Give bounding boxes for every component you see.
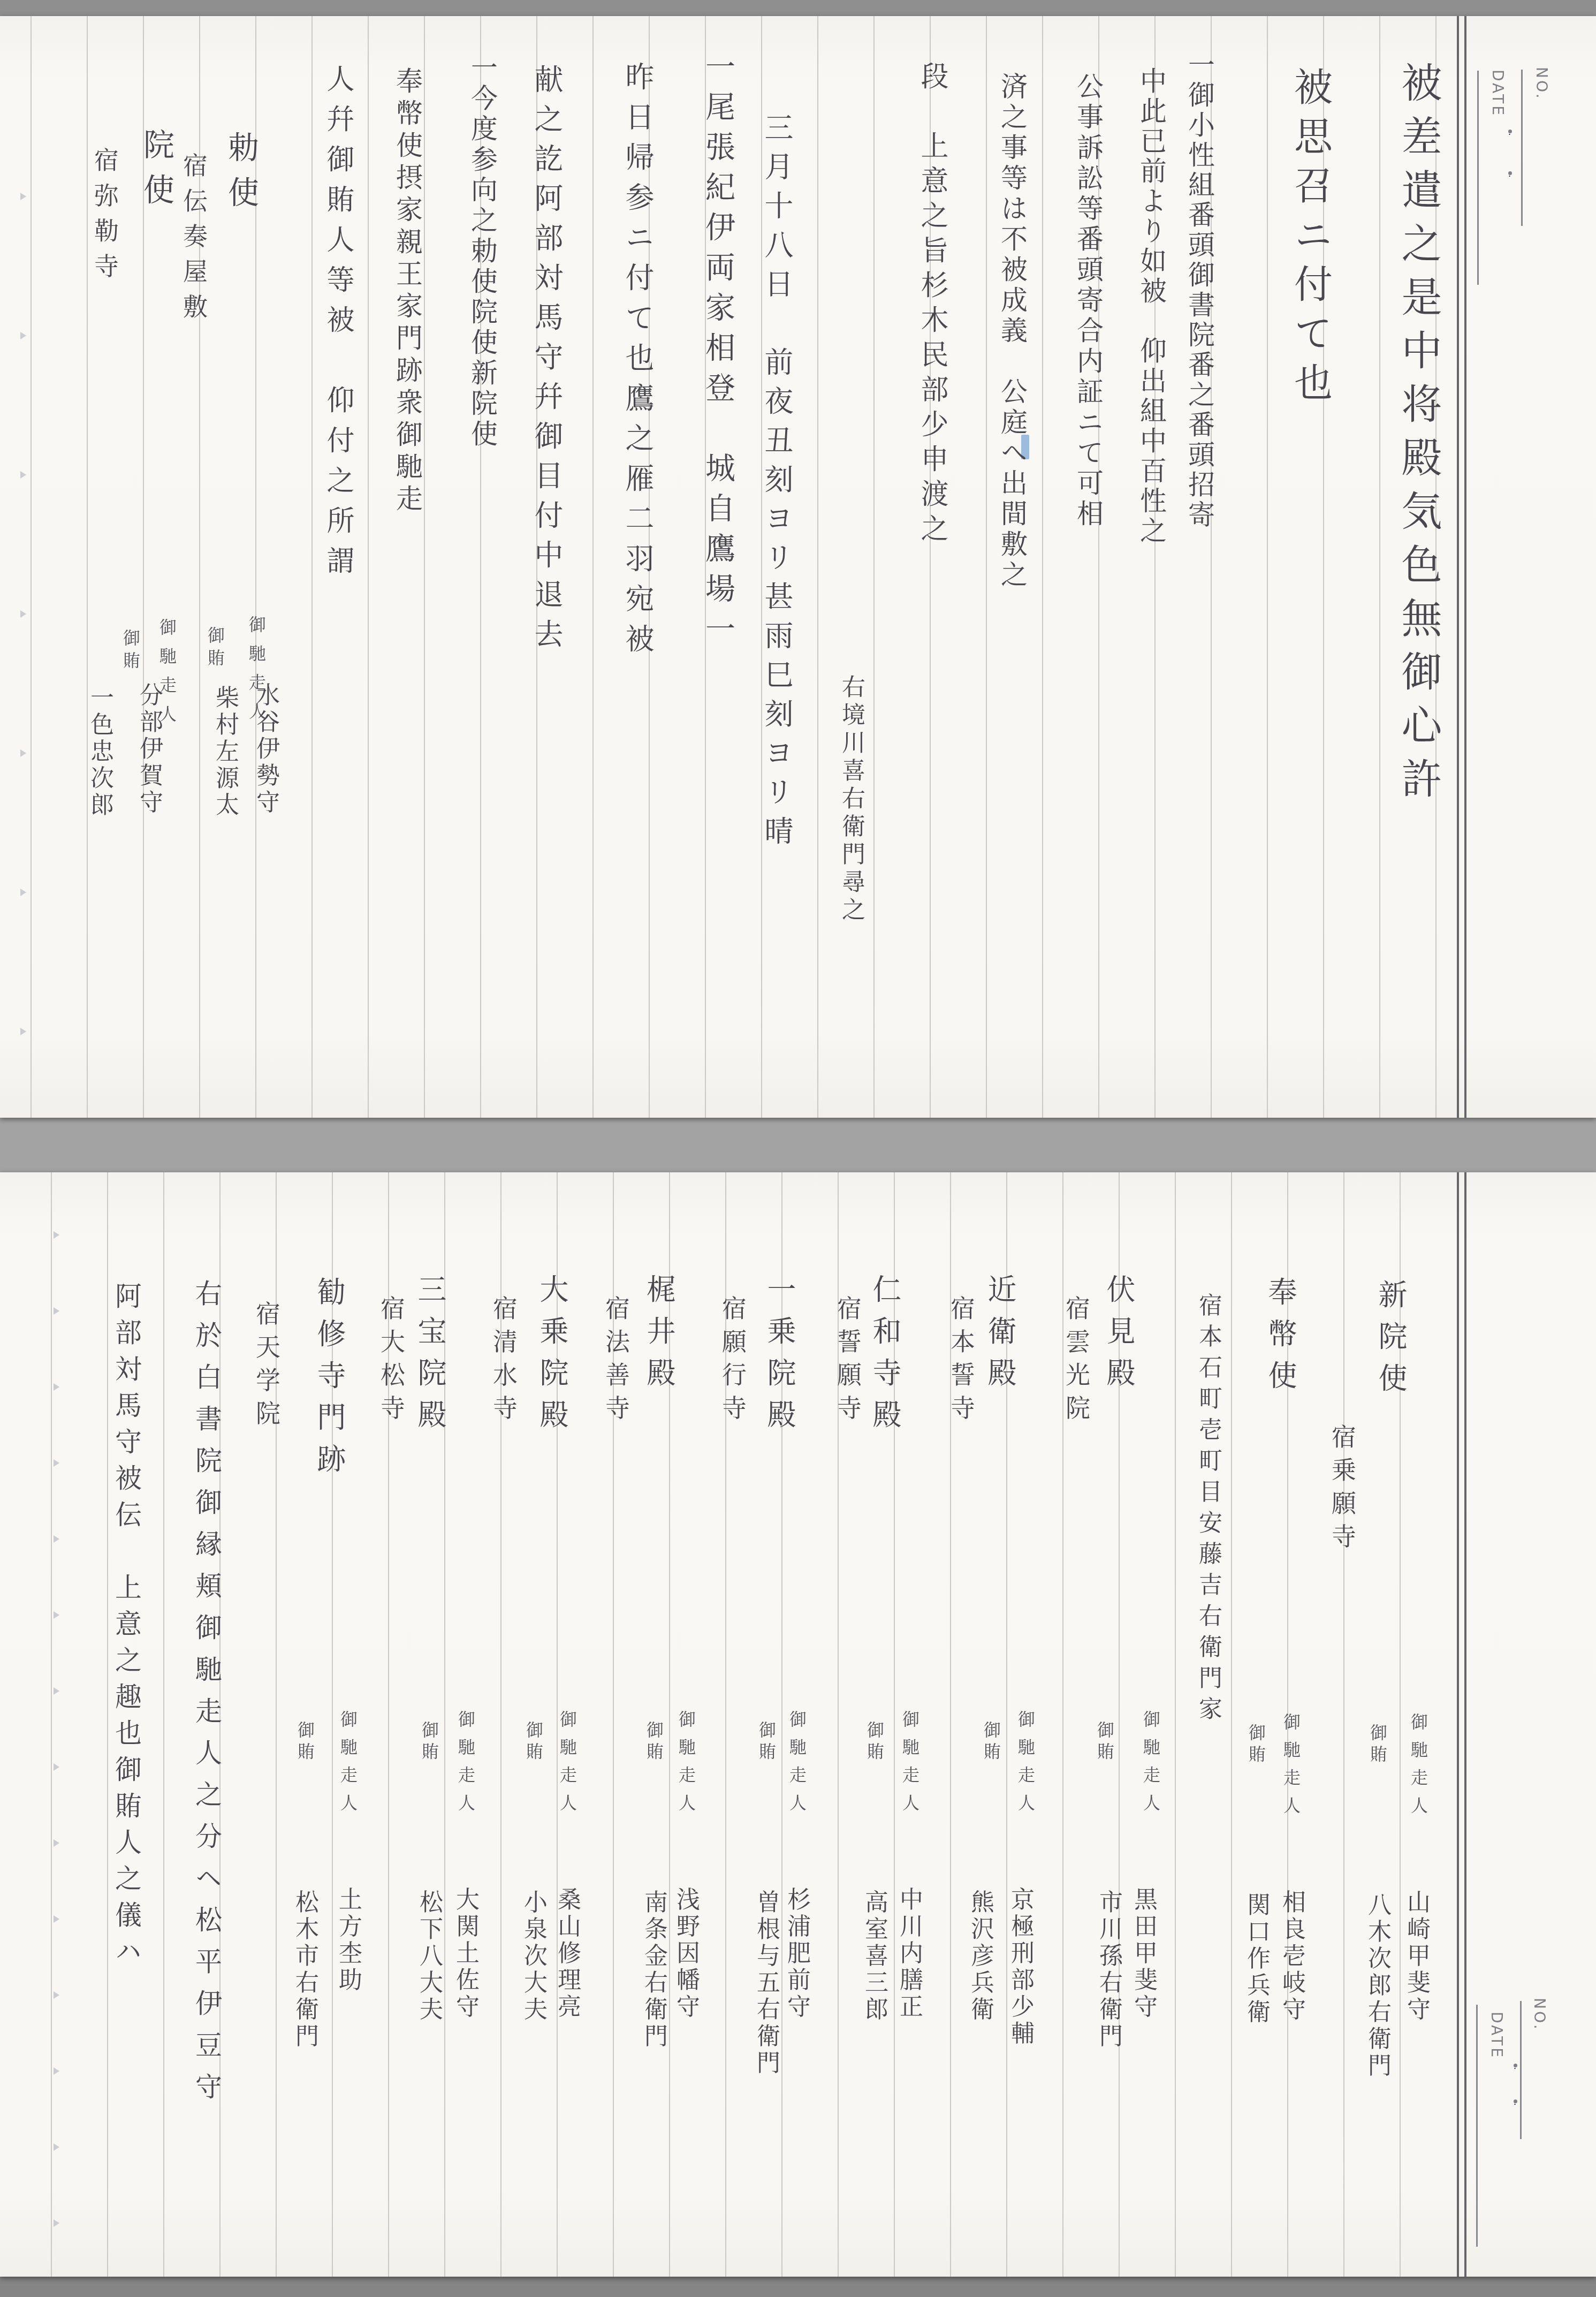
provision-name: 八木次郎右衛門 [1365, 1892, 1389, 2080]
scanner-edge-bottom [0, 2277, 1596, 2297]
manuscript-column: 昨日帰参ニ付て也鷹之雁二羽宛被 [623, 62, 652, 664]
manuscript-column: 一御小性組番頭御書院番之番頭招寄 [1186, 51, 1213, 530]
lodging: 宿大松寺 [379, 1295, 404, 1428]
host-name: 浅野因幡守 [674, 1887, 697, 2021]
provision-label: 御賄 [122, 629, 139, 674]
provision-label: 御賄 [758, 1721, 775, 1764]
provision-name: 市川孫右衛門 [1097, 1890, 1120, 2050]
host-label: 御馳走人 [457, 1710, 474, 1822]
lodging: 宿本誓寺 [949, 1295, 974, 1428]
manuscript-column: 献之訖阿部対馬守幷御目付中退去 [532, 64, 561, 658]
provision-label: 御賄 [207, 626, 224, 671]
no-label: NO. [1533, 67, 1551, 101]
host-name: 山崎甲斐守 [1404, 1890, 1428, 2023]
envoy-title: 近衛殿 [985, 1274, 1014, 1399]
provision-name: 高室喜三郎 [862, 1890, 886, 2023]
provision-label: 御賄 [1096, 1721, 1113, 1764]
host-label: 御馳走人 [1410, 1713, 1427, 1824]
manuscript-column: 一尾張紀伊両家相登 城自鷹場一 [703, 51, 733, 653]
provision-name: 松下八大夫 [417, 1890, 440, 2023]
envoy-title: 勅使 [225, 131, 256, 221]
host-label: 御馳走人 [1142, 1710, 1159, 1822]
provision-label: 御賄 [983, 1721, 1000, 1764]
margin-line [1457, 16, 1466, 1118]
lodging: 宿乗願寺 [1330, 1424, 1355, 1557]
envoy-title: 梶井殿 [644, 1274, 673, 1399]
no-label: NO. [1531, 1998, 1548, 2031]
binding-marks [20, 16, 31, 1118]
date-dot: · [1508, 130, 1512, 133]
lodging: 宿天学院 [254, 1301, 279, 1434]
host-name: 土方杢助 [336, 1887, 360, 1994]
manuscript-column: 中此已前より如被 仰出組中百性之 [1138, 67, 1165, 547]
date-dot: · [1508, 171, 1512, 175]
envoy-title: 勧修寺門跡 [315, 1277, 344, 1485]
manuscript-column: 右境川喜右衛門尋之 [839, 674, 863, 925]
lodging: 宿清水寺 [491, 1295, 516, 1428]
manuscript-column: 奉幣使摂家親王家門跡衆御馳走 [394, 67, 421, 517]
envoy-title: 一乗院殿 [765, 1274, 794, 1441]
host-label: 御馳走人 [1282, 1713, 1299, 1824]
envoy-title: 奉幣使 [1266, 1277, 1295, 1402]
host-name: 大関土佐守 [453, 1887, 477, 2021]
provision-name: 南条金右衛門 [642, 1890, 665, 2050]
host-name: 京極刑部少輔 [1008, 1887, 1032, 2048]
provision-label: 御賄 [1369, 1724, 1386, 1767]
manuscript-column: 済之事等は不被成義 公庭へ出間敷之 [999, 72, 1025, 591]
lodging: 宿願行寺 [720, 1295, 745, 1428]
lodging: 宿本石町壱町目安藤吉右衛門家 [1196, 1293, 1220, 1727]
host-name: 黒田甲斐守 [1131, 1887, 1155, 2021]
manuscript-column: 被思召ニ付て也 [1291, 67, 1329, 412]
date-dot: · [1514, 2099, 1517, 2103]
host-label: 御馳走人 [901, 1710, 918, 1822]
provision-label: 御賄 [421, 1721, 438, 1764]
manuscript-column: 一今度参向之勅使院使新院使 [469, 54, 496, 450]
provision-name: 熊沢彦兵衛 [968, 1890, 992, 2023]
provision-name: 柴村左源太 [213, 685, 237, 819]
manuscript-column: 公事訴訟等番頭寄合内証ニて可相 [1075, 72, 1101, 530]
provision-label: 御賄 [297, 1721, 314, 1764]
envoy-title: 三宝院殿 [415, 1274, 444, 1441]
provision-name: 松木市右衛門 [293, 1890, 316, 2050]
margin-line [1457, 1172, 1466, 2277]
provision-name: 一色忠次郎 [88, 685, 111, 819]
manuscript-column: 右於白書院御縁頬御馳走人之分ヘ松平伊豆守 [193, 1279, 220, 2114]
scanned-document: NO. DATE · · 被差遣之是中将殿気色無御心許 被思召ニ付て也 一御小性… [0, 0, 1596, 2297]
provision-name: 小泉次大夫 [521, 1890, 545, 2023]
provision-label: 御賄 [1248, 1724, 1265, 1767]
page-2: NO. DATE · · 新院使 宿乗願寺 御馳走人 山崎甲斐守 御賄 八木次郎… [0, 1172, 1596, 2277]
no-line [1520, 2001, 1522, 2139]
host-label: 御馳走人 [1017, 1710, 1034, 1822]
manuscript-column: 三月十八日 前夜丑刻ヨリ甚雨巳刻ヨリ晴 [762, 112, 791, 855]
lodging: 宿弥勒寺 [93, 147, 117, 289]
no-line [1521, 70, 1523, 226]
page-1: NO. DATE · · 被差遣之是中将殿気色無御心許 被思召ニ付て也 一御小性… [0, 16, 1596, 1118]
host-label: 御馳走人 [678, 1710, 695, 1822]
lodging: 宿法善寺 [604, 1295, 628, 1428]
scanner-edge-top [0, 0, 1596, 16]
date-line [1476, 2005, 1478, 2247]
lodging: 宿伝奏屋敷 [181, 153, 206, 329]
date-label: DATE [1489, 70, 1507, 117]
date-label: DATE [1488, 2012, 1506, 2059]
provision-label: 御賄 [645, 1721, 663, 1764]
host-name: 相良壱岐守 [1280, 1890, 1303, 2023]
provision-label: 御賄 [525, 1721, 542, 1764]
provision-label: 御賄 [866, 1721, 883, 1764]
envoy-title: 新院使 [1376, 1279, 1405, 1405]
host-name: 桑山修理亮 [555, 1887, 579, 2021]
manuscript-column: 被差遣之是中将殿気色無御心許 [1398, 62, 1439, 811]
lodging: 宿雲光院 [1064, 1295, 1089, 1428]
host-label: 御馳走人 [339, 1710, 356, 1822]
host-name: 中川内膳正 [897, 1887, 921, 2021]
host-name: 杉浦肥前守 [785, 1887, 808, 2021]
envoy-title: 院使 [141, 128, 172, 218]
host-label: 御馳走人 [788, 1710, 805, 1822]
envoy-title: 大乗院殿 [537, 1274, 566, 1441]
envoy-title: 伏見殿 [1104, 1274, 1133, 1399]
envoy-title: 仁和寺殿 [870, 1274, 899, 1441]
manuscript-column: 阿部対馬守被伝 上意之趣也御賄人之儀ハ [113, 1282, 140, 1974]
provision-name: 関口作兵衛 [1244, 1892, 1268, 2026]
provision-name: 曽根与五右衛門 [754, 1890, 778, 2077]
manuscript-column: 段 上意之旨杉木民部少申渡之 [918, 62, 946, 549]
date-line [1477, 71, 1479, 285]
date-dot: · [1514, 2064, 1517, 2067]
manuscript-column: 人幷御賄人等被 仰付之所謂 [324, 64, 352, 586]
host-label: 御馳走人 [559, 1710, 576, 1822]
host-name: 分部伊賀守 [137, 683, 161, 816]
lodging: 宿誓願寺 [835, 1295, 860, 1428]
binding-marks [54, 1172, 64, 2277]
host-name: 水谷伊勢守 [254, 683, 277, 816]
